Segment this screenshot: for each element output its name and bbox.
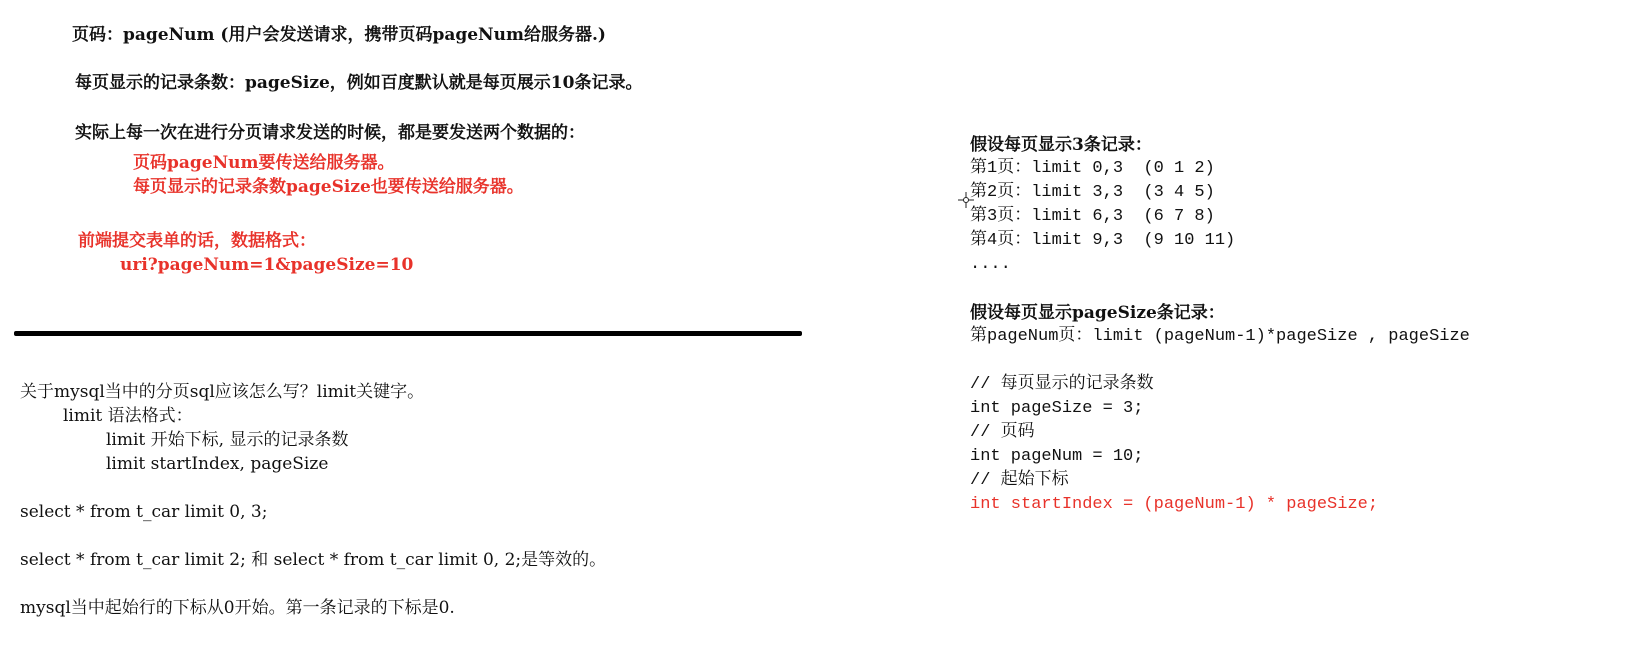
form-uri-example: uri?pageNum=1&pageSize=10	[120, 254, 413, 276]
page-example-1: 第1页：limit 0,3 (0 1 2)	[970, 158, 1215, 180]
assume-3-per-page-title: 假设每页显示3条记录：	[970, 134, 1152, 156]
pagesize-description: 每页显示的记录条数：pageSize，例如百度默认就是每页展示10条记录。	[75, 72, 642, 94]
request-two-params-description: 实际上每一次在进行分页请求发送的时候，都是要发送两个数据的：	[75, 122, 585, 144]
mysql-index-note: mysql当中起始行的下标从0开始。第一条记录的下标是0.	[20, 597, 455, 619]
select-example-1: select * from t_car limit 0, 3;	[20, 501, 267, 523]
section-divider	[14, 331, 802, 336]
code-startindex-formula: int startIndex = (pageNum-1) * pageSize;	[970, 494, 1378, 516]
code-comment-pagesize: // 每页显示的记录条数	[970, 374, 1154, 396]
page-example-ellipsis: ....	[970, 254, 1011, 276]
code-comment-pagenum: // 页码	[970, 422, 1035, 444]
limit-syntax-title: limit 语法格式：	[63, 405, 193, 427]
limit-syntax-line2: limit startIndex, pageSize	[106, 453, 328, 475]
select-example-2: select * from t_car limit 2; 和 select * …	[20, 549, 606, 571]
crosshair-cursor-icon	[958, 192, 974, 208]
mysql-limit-question: 关于mysql当中的分页sql应该怎么写？limit关键字。	[20, 381, 424, 403]
form-format-title: 前端提交表单的话，数据格式：	[78, 230, 316, 252]
pagenum-sent-note: 页码pageNum要传送给服务器。	[133, 152, 395, 174]
pagenum-description: 页码：pageNum (用户会发送请求，携带页码pageNum给服务器.)	[72, 24, 606, 46]
limit-formula: 第pageNum页：limit (pageNum-1)*pageSize , p…	[970, 326, 1470, 348]
pagesize-sent-note: 每页显示的记录条数pageSize也要传送给服务器。	[133, 176, 524, 198]
code-pagesize-decl: int pageSize = 3;	[970, 398, 1143, 420]
page-example-3: 第3页：limit 6,3 (6 7 8)	[970, 206, 1215, 228]
page-example-4: 第4页：limit 9,3 (9 10 11)	[970, 230, 1235, 252]
code-comment-startindex: // 起始下标	[970, 470, 1069, 492]
code-pagenum-decl: int pageNum = 10;	[970, 446, 1143, 468]
assume-pagesize-title: 假设每页显示pageSize条记录：	[970, 302, 1225, 324]
limit-syntax-line1: limit 开始下标, 显示的记录条数	[106, 429, 348, 451]
page-example-2: 第2页：limit 3,3 (3 4 5)	[970, 182, 1215, 204]
